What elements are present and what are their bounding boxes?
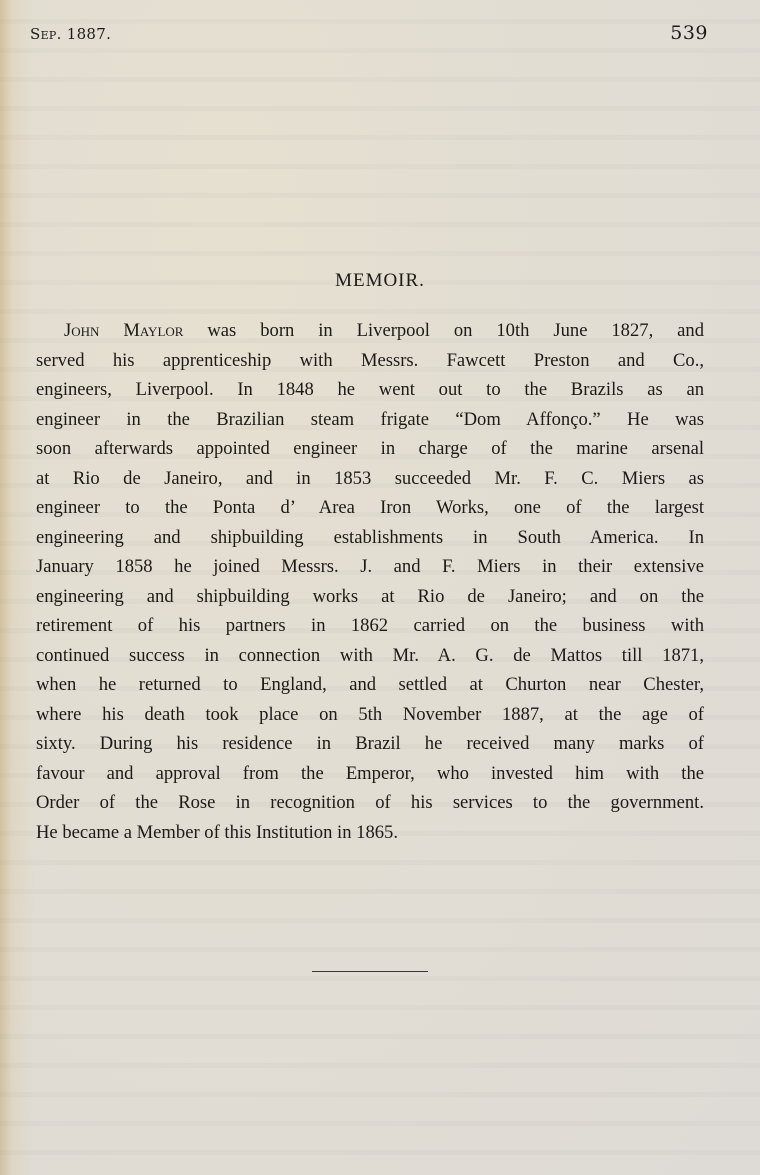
- memoir-paragraph: John Maylor was born in Liverpool on 10t…: [36, 316, 704, 847]
- text-line: engineer in the Brazilian steam frigate …: [36, 405, 704, 435]
- text-line: He became a Member of this Institution i…: [36, 818, 704, 848]
- text-line: continued success in connection with Mr.…: [36, 641, 704, 671]
- section-title: MEMOIR.: [0, 270, 760, 292]
- text-line: at Rio de Janeiro, and in 1853 succeeded…: [36, 464, 704, 494]
- text-line: engineering and shipbuilding establishme…: [36, 523, 704, 553]
- text-line: engineer to the Ponta d’ Area Iron Works…: [36, 493, 704, 523]
- text-line: served his apprenticeship with Messrs. F…: [36, 346, 704, 376]
- book-page: Sep. 1887. 539 MEMOIR. John Maylor was b…: [0, 0, 760, 1175]
- running-head: Sep. 1887. 539: [30, 22, 708, 46]
- text-line: where his death took place on 5th Novemb…: [36, 700, 704, 730]
- text-line: John Maylor was born in Liverpool on 10t…: [36, 316, 704, 346]
- text-line: sixty. During his residence in Brazil he…: [36, 729, 704, 759]
- text-line: retirement of his partners in 1862 carri…: [36, 611, 704, 641]
- text-line: engineering and shipbuilding works at Ri…: [36, 582, 704, 612]
- subject-name: John Maylor: [64, 320, 183, 341]
- text-line: when he returned to England, and settled…: [36, 670, 704, 700]
- text-line: Order of the Rose in recognition of his …: [36, 788, 704, 818]
- text-line: engineers, Liverpool. In 1848 he went ou…: [36, 375, 704, 405]
- text-line: favour and approval from the Emperor, wh…: [36, 759, 704, 789]
- text-line: January 1858 he joined Messrs. J. and F.…: [36, 552, 704, 582]
- running-head-date: Sep. 1887.: [30, 25, 111, 43]
- section-divider-rule: [312, 971, 428, 972]
- page-number: 539: [670, 22, 708, 44]
- text-line: soon afterwards appointed engineer in ch…: [36, 434, 704, 464]
